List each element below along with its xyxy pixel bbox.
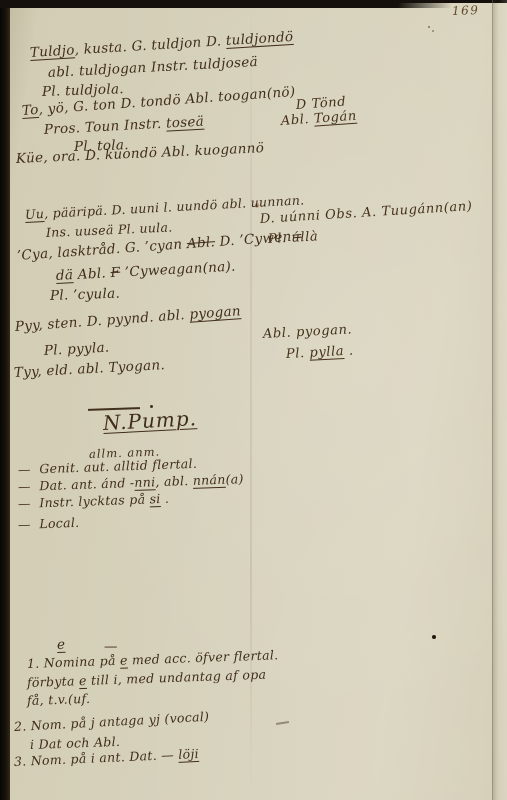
text-segment: löji [178,746,199,762]
ink-speck [428,26,430,28]
note-local: — Local. [18,516,80,533]
dash-bullet: — [18,496,31,511]
book-binding-edge [0,0,10,800]
text-segment: . [344,343,354,358]
text-segment: , abl. [155,473,193,489]
entry-cya-line-3: Pl. ’cyula. [50,287,121,305]
text-segment: Abl. [280,112,314,129]
ink-blot [432,635,436,639]
struck-text: Abl. [186,234,215,252]
text-segment: Pl. [286,346,310,362]
text-segment: si [149,491,161,506]
book-top-shadow [0,0,452,8]
text-segment: toseä [166,114,205,132]
text-segment: pylla [309,344,344,361]
text-segment: dä [56,267,74,284]
text-segment: (a) [225,471,244,487]
text-segment: Local. [39,515,80,531]
text-segment: Abl. [73,265,111,283]
text-segment: nnán [193,472,226,488]
page-number: 169 [452,4,480,19]
rule1-line-3: få, t.v.(uf. [27,692,91,709]
dash-bullet: — [18,479,31,494]
bottom-heading-e: e [57,638,66,654]
text-segment: Uu [25,206,45,222]
text-segment: Dat. ant. ánd - [39,475,135,493]
dash-bullet: — [18,462,31,477]
ink-speck [432,30,434,32]
page-right-edge [492,0,507,800]
text-segment: To [21,102,39,119]
dash-bullet: — [18,517,31,532]
text-segment: . [160,491,169,506]
text-segment: 1. Nomina på [27,653,120,671]
text-segment: pyogan [189,303,242,323]
section-heading: N.Pump. [102,407,197,435]
text-segment: tuldjondö [225,29,293,49]
book-photo: 169 Tuldjo, kusta. G. tuldjon D. tuldjon… [0,0,507,800]
text-segment: Togán [313,109,357,127]
text-segment: förbyta [27,673,80,690]
text-segment: nni [134,474,156,490]
text-segment: Tuldjo [29,42,75,61]
